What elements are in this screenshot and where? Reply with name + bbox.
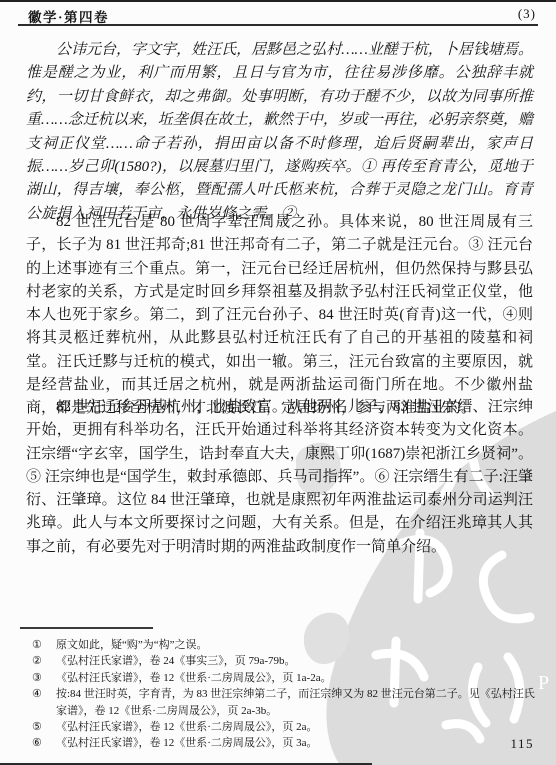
footnote-number: ⑤ [32,719,56,735]
footnote-text: 《弘村汪氏家谱》，卷 12《世系·二房周晟公》，页 1a-2a。 [56,670,544,686]
footnote-item: ① 原文如此，疑“购”为“构”之误。 [32,637,544,653]
footnote-number: ④ [32,686,56,719]
footnote-number: ③ [32,670,56,686]
running-header-part-number: (3) [518,6,536,22]
footnote-item: ④ 按:84 世汪时英，字育青，为 83 世汪宗绅第二子，而汪宗绅又为 82 世… [32,686,544,719]
running-header-book-title: 徽学·第四卷 [28,6,109,26]
footnote-item: ⑤ 《弘村汪氏家谱》，卷 12《世系·二房周晟公》，页 2a。 [32,719,544,735]
body-paragraph-2: 82 世汪元台开基杭州，业盐致富。从他两名儿子、83 世汪宗缙、汪宗绅开始，更拥… [26,396,533,559]
footnote-separator-rule [20,627,153,629]
scanned-book-page: P 徽学·第四卷 (3) 公讳元台，字文宇，姓汪氏，居黟邑之弘村……业醝于杭，卜… [0,0,556,765]
footnote-item: ⑥ 《弘村汪氏家谱》，卷 12《世系·二房周晟公》，页 3a。 [32,735,544,751]
footnote-text: 《弘村汪氏家谱》，卷 24《事实三》，页 79a-79b。 [56,653,544,669]
footnote-item: ② 《弘村汪氏家谱》，卷 24《事实三》，页 79a-79b。 [32,653,544,669]
footnote-item: ③ 《弘村汪氏家谱》，卷 12《世系·二房周晟公》，页 1a-2a。 [32,670,544,686]
page-number: 115 [510,736,534,752]
scan-edge-top [0,0,556,2]
genealogy-quote-block: 公讳元台，字文宇，姓汪氏，居黟邑之弘村……业醝于杭，卜居钱塘焉。惟是醝之为业，利… [26,39,533,226]
header-rule [18,24,538,26]
footnote-number: ⑥ [32,735,56,751]
footnote-text: 按:84 世汪时英，字育青，为 83 世汪宗绅第二子，而汪宗绅又为 82 世汪元… [56,686,544,719]
footnote-list: ① 原文如此，疑“购”为“构”之误。 ② 《弘村汪氏家谱》，卷 24《事实三》，… [32,637,544,752]
footnote-text: 《弘村汪氏家谱》，卷 12《世系·二房周晟公》，页 3a。 [56,735,544,751]
footnote-text: 原文如此，疑“购”为“构”之误。 [56,637,544,653]
footnote-number: ① [32,637,56,653]
body-paragraph-1: 82 世汪元台是 80 世周字辈汪周晟之孙。具体来说，80 世汪周晟有三子，长子… [26,211,533,421]
footnote-text: 《弘村汪氏家谱》，卷 12《世系·二房周晟公》，页 2a。 [56,719,544,735]
footnote-number: ② [32,653,56,669]
